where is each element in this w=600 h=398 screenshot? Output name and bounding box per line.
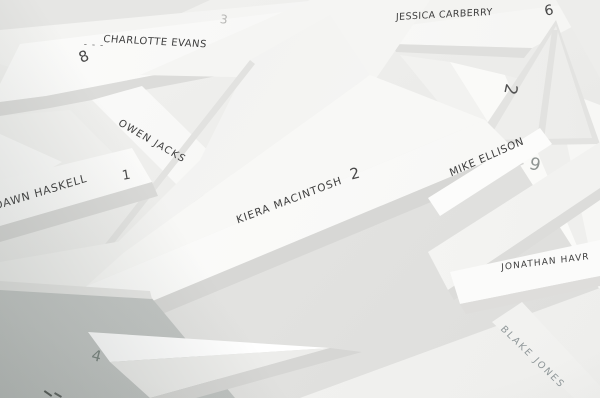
charlotte-card-prefix-marks: - - -	[83, 40, 104, 51]
paper-airplane-place-cards-photo: - - - CHARLOTTE EVANS 8 JESSICA CARBERRY…	[0, 0, 600, 398]
